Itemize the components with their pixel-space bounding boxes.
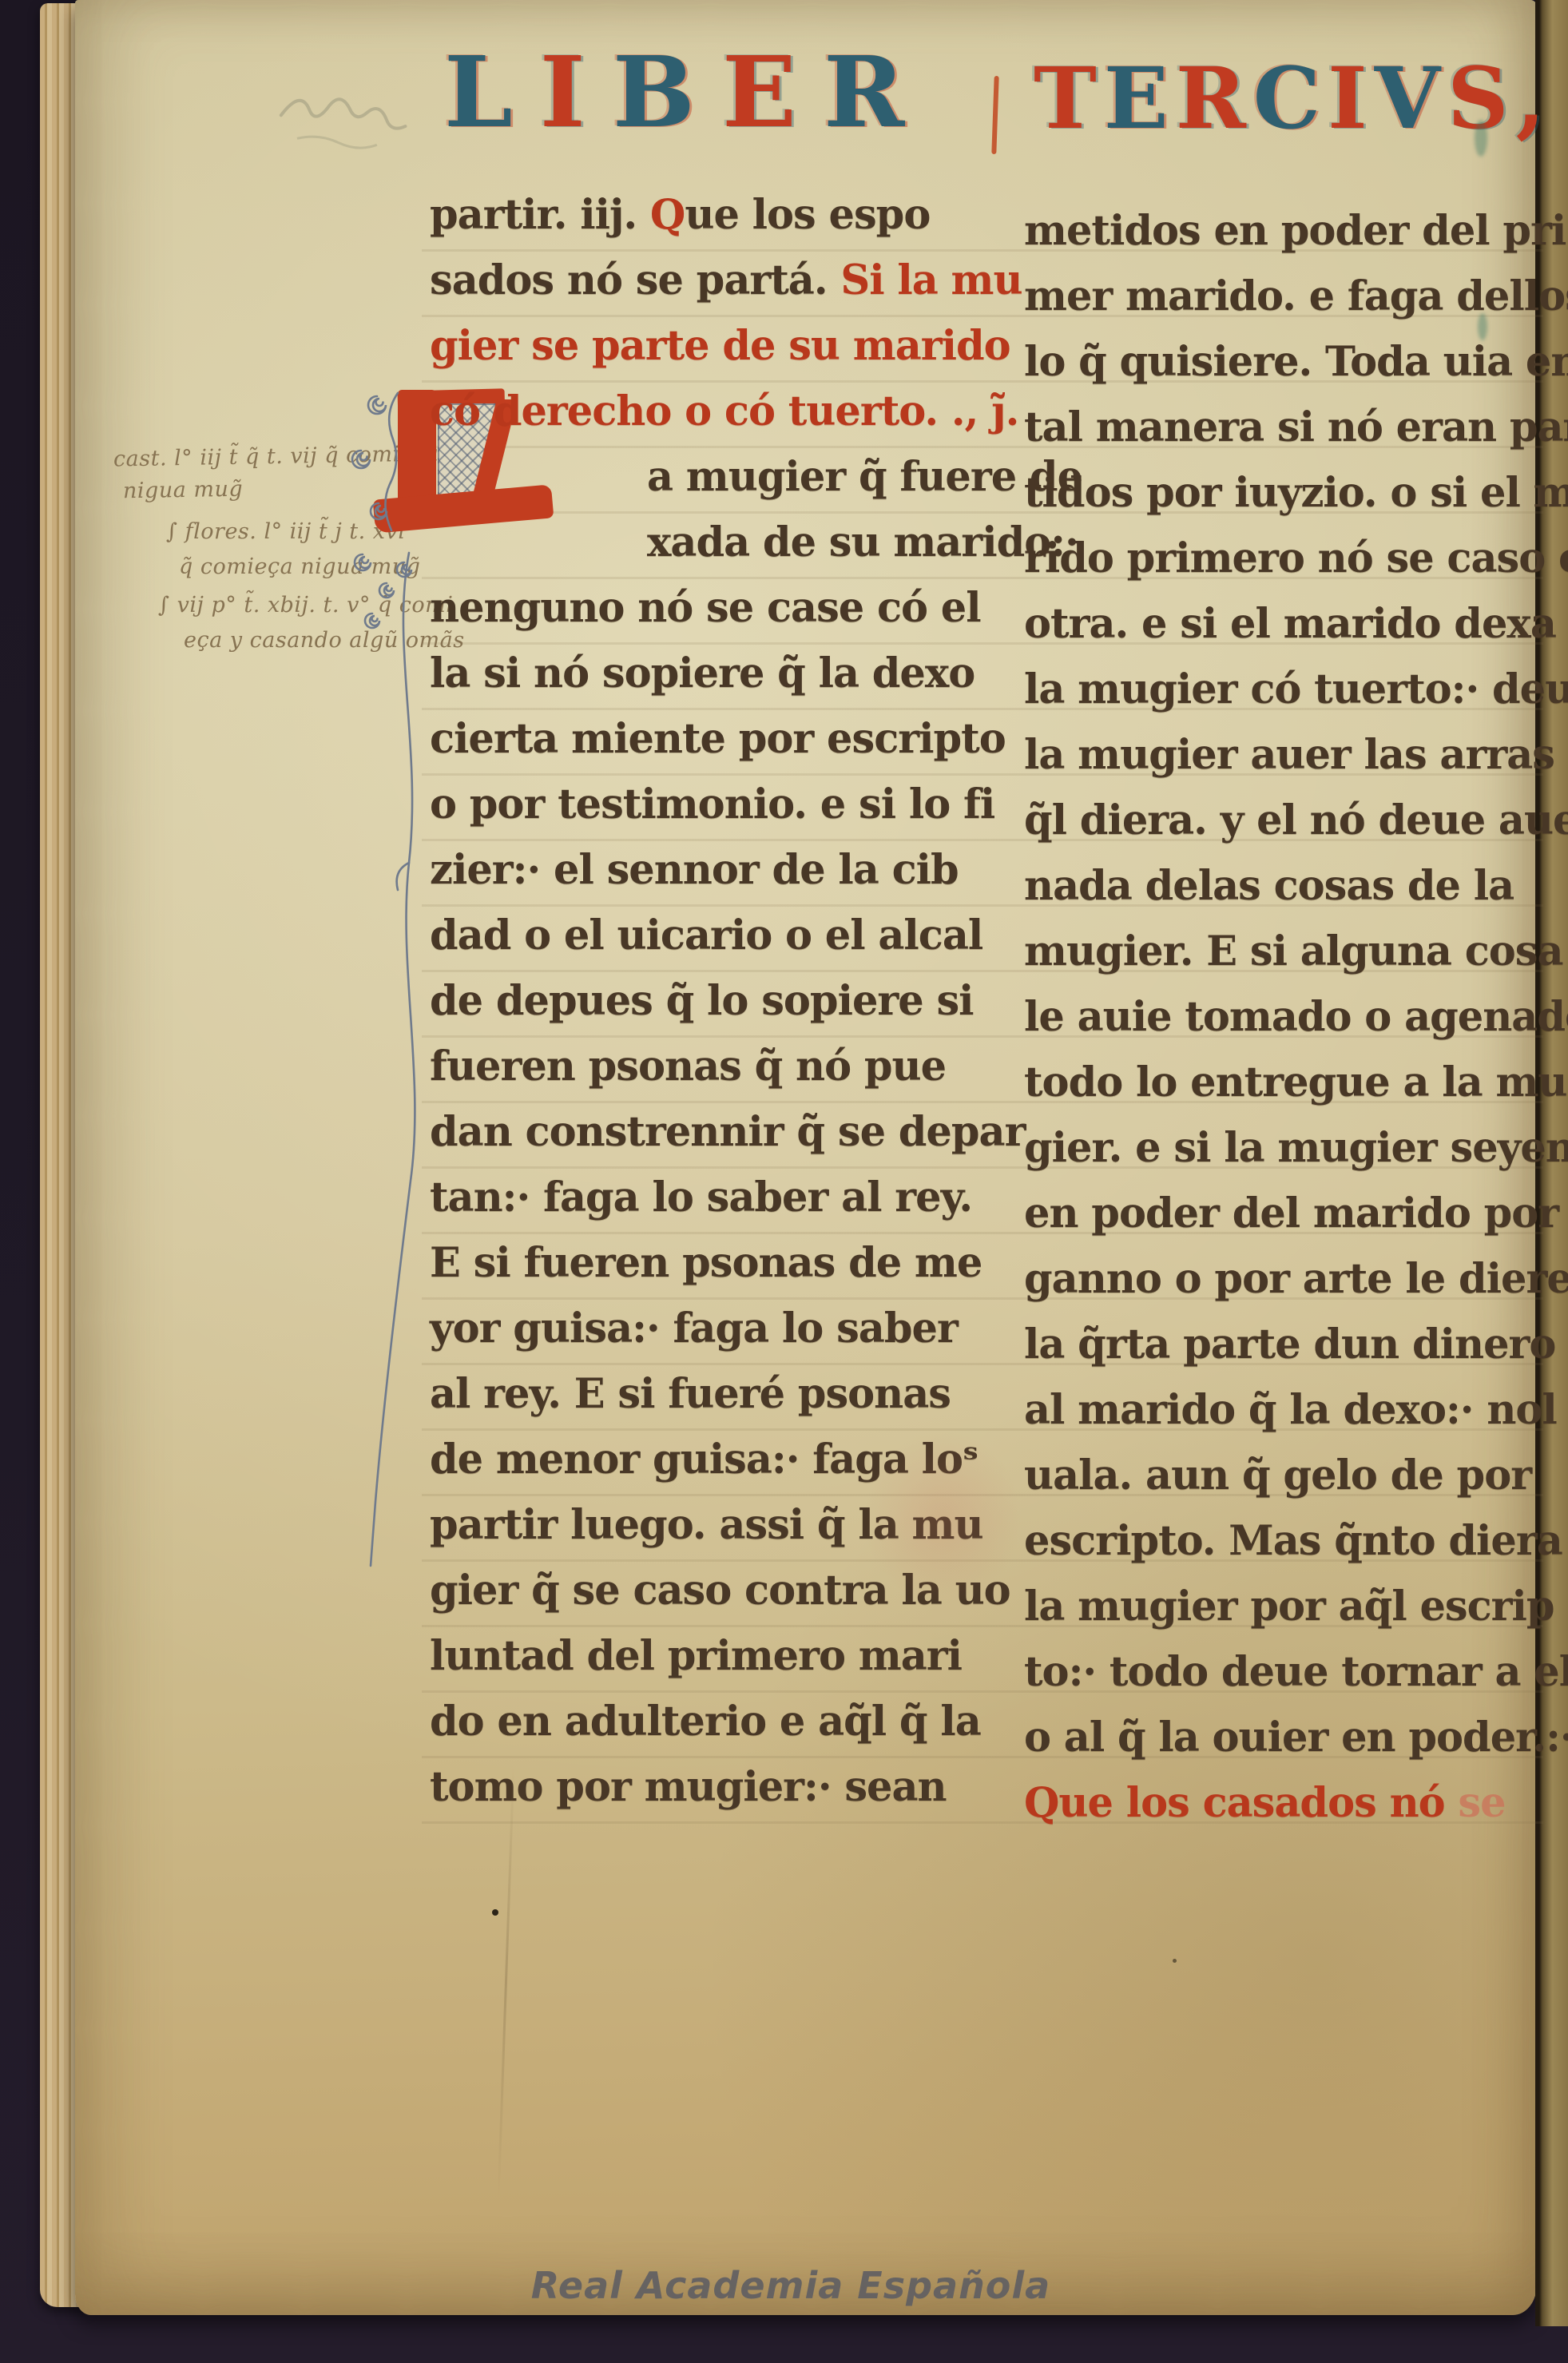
- line-segment: le auie tomado o agenado:·: [1024, 993, 1568, 1041]
- text-line: yor guisa:· faga lo saber: [430, 1296, 973, 1361]
- text-line: tan:· faga lo saber al rey.: [430, 1165, 973, 1230]
- ink-speck: [1173, 1959, 1177, 1963]
- running-title-tercius: TERCIVS,: [1034, 56, 1545, 141]
- text-line: tal manera si nó eran par: [1024, 395, 1554, 460]
- header-letter: I: [1328, 56, 1368, 141]
- right-column: metidos en poder del primer marido. e fa…: [1024, 198, 1554, 1836]
- line-segment: uala. aun q̃ gelo de por: [1024, 1452, 1531, 1499]
- text-line: cierta miente por escripto: [430, 706, 973, 772]
- line-segment: otra. e si el marido dexa: [1024, 600, 1556, 648]
- line-segment: de depues q̃ lo sopiere si: [430, 977, 974, 1025]
- text-line: có derecho o có tuerto. ., j̃.: [430, 379, 973, 444]
- line-segment: nada delas cosas de la: [1024, 862, 1514, 910]
- text-line: al marido q̃ la dexo:· nol: [1024, 1377, 1554, 1443]
- line-segment: do en adulterio e aq̃l q̃ la: [430, 1698, 981, 1745]
- text-line: la si nó sopiere q̃ la dexo: [430, 641, 973, 706]
- line-segment: la q̃rta parte dun dinero: [1024, 1320, 1555, 1368]
- line-segment: fueren psonas q̃ nó pue: [430, 1042, 946, 1090]
- line-segment: mugier. E si alguna cosa: [1024, 927, 1563, 975]
- text-line: fueren psonas q̃ nó pue: [430, 1034, 973, 1099]
- line-segment: al marido q̃ la dexo:· nol: [1024, 1386, 1557, 1434]
- text-line: todo lo entregue a la mu: [1024, 1050, 1554, 1115]
- line-segment: Q: [650, 191, 685, 239]
- text-line: la q̃rta parte dun dinero: [1024, 1312, 1554, 1377]
- text-line: Que los casados nó se: [1024, 1770, 1554, 1836]
- header-letter: R: [1176, 56, 1246, 141]
- text-line: a mugier q̃ fuere de: [430, 444, 973, 510]
- header-letter: E: [1104, 56, 1169, 141]
- header-letter: C: [1253, 56, 1320, 141]
- text-line: en poder del marido por en: [1024, 1181, 1554, 1246]
- line-segment: partir. iij.: [430, 191, 650, 239]
- line-segment: to:· todo deue tornar a ella: [1024, 1648, 1568, 1696]
- line-segment: cierta miente por escripto: [430, 715, 1006, 763]
- margin-note: nigua mug̃: [123, 477, 244, 504]
- text-line: xada de su marido:·: [430, 510, 973, 575]
- text-line: E si fueren psonas de me: [430, 1230, 973, 1296]
- text-line: metidos en poder del pri: [1024, 198, 1554, 264]
- line-segment: nenguno nó se case có el: [430, 584, 981, 632]
- line-segment: todo lo entregue a la mu: [1024, 1058, 1567, 1106]
- line-segment: lo q̃ quisiere. Toda uia en: [1024, 338, 1568, 386]
- line-segment: ue los espo: [685, 191, 930, 239]
- line-segment: tan:· faga lo saber al rey.: [430, 1174, 972, 1221]
- text-line: mer marido. e faga dellos: [1024, 264, 1554, 329]
- line-segment: xada de su marido:·: [647, 518, 1078, 566]
- line-segment: ganno o por arte le diere: [1024, 1255, 1568, 1303]
- text-line: ganno o por arte le diere: [1024, 1246, 1554, 1312]
- line-segment: a mugier q̃ fuere de: [647, 453, 1082, 501]
- text-line: do en adulterio e aq̃l q̃ la: [430, 1689, 973, 1754]
- text-line: luntad del primero mari: [430, 1623, 973, 1689]
- header-letter: R: [824, 43, 904, 141]
- line-segment: la si nó sopiere q̃ la dexo: [430, 649, 975, 697]
- header-letter: L: [444, 43, 513, 141]
- line-segment: la mugier auer las arras: [1024, 731, 1554, 779]
- ink-speck: [492, 1909, 498, 1916]
- text-line: zier:· el sennor de la cib: [430, 837, 973, 903]
- line-segment: tal manera si nó eran par: [1024, 403, 1568, 451]
- line-segment: gier. e si la mugier seyendo: [1024, 1124, 1568, 1172]
- text-line: la mugier por aq̃l escrip: [1024, 1574, 1554, 1639]
- line-segment: gier se parte de su marido: [430, 322, 1010, 370]
- text-line: escripto. Mas q̃nto diera: [1024, 1508, 1554, 1574]
- manuscript-photo: LIBER TERCIVS, cast. l° iij t̃ q̃ t. vij…: [0, 0, 1568, 2363]
- header-letter: T: [1034, 56, 1097, 141]
- line-segment: la mugier por aq̃l escrip: [1024, 1583, 1554, 1630]
- text-line: q̃l diera. y el nó deue auer: [1024, 788, 1554, 853]
- text-line: nenguno nó se case có el: [430, 575, 973, 641]
- text-line: dan constrennir q̃ se depar: [430, 1099, 973, 1165]
- text-line: la mugier có tuerto:· deue: [1024, 657, 1554, 722]
- text-line: gier. e si la mugier seyendo: [1024, 1115, 1554, 1181]
- line-segment: luntad del primero mari: [430, 1632, 962, 1680]
- text-line: o por testimonio. e si lo fi: [430, 772, 973, 837]
- header-letter: B: [613, 43, 695, 141]
- verdigris-stain: [1475, 120, 1487, 157]
- line-segment: metidos en poder del pri: [1024, 207, 1566, 255]
- text-line: dad o el uicario o el alcal: [430, 903, 973, 968]
- line-segment: yor guisa:· faga lo saber: [430, 1305, 958, 1352]
- line-segment: Si la mu: [840, 256, 1022, 304]
- text-line: mugier. E si alguna cosa: [1024, 919, 1554, 984]
- line-segment: en poder del marido por en: [1024, 1189, 1568, 1237]
- line-segment: q̃l diera. y el nó deue auer: [1024, 796, 1568, 844]
- line-segment: dan constrennir q̃ se depar: [430, 1108, 1025, 1156]
- line-segment: al rey. E si fueré psonas: [430, 1370, 951, 1418]
- line-segment: o al q̃ la ouier en poder.:·: [1024, 1714, 1568, 1761]
- text-line: otra. e si el marido dexa: [1024, 591, 1554, 657]
- text-line: nada delas cosas de la: [1024, 853, 1554, 919]
- library-watermark: Real Academia Española: [503, 2264, 1078, 2307]
- header-letter: E: [722, 43, 796, 141]
- header-letter: ,: [1516, 56, 1546, 141]
- text-line: o al q̃ la ouier en poder.:·: [1024, 1705, 1554, 1770]
- text-line: partir. iij. Que los espo: [430, 182, 973, 248]
- header-letter: I: [540, 43, 586, 141]
- line-segment: E si fueren psonas de me: [430, 1239, 982, 1287]
- text-line: to:· todo deue tornar a ella: [1024, 1639, 1554, 1705]
- text-line: le auie tomado o agenado:·: [1024, 984, 1554, 1050]
- line-segment: Que los casados nó: [1024, 1779, 1458, 1827]
- text-line: al rey. E si fueré psonas: [430, 1361, 973, 1427]
- text-line: de depues q̃ lo sopiere si: [430, 968, 973, 1034]
- header-letter: V: [1375, 56, 1440, 141]
- text-line: sados nó se partá. Si la mu: [430, 248, 973, 313]
- text-line: gier se parte de su marido: [430, 313, 973, 379]
- line-segment: sados nó se partá.: [430, 256, 840, 304]
- text-line: la mugier auer las arras: [1024, 722, 1554, 788]
- line-segment: o por testimonio. e si lo fi: [430, 780, 994, 828]
- verdigris-stain: [1478, 313, 1487, 340]
- line-segment: se: [1458, 1779, 1505, 1827]
- text-line: tidos por iuyzio. o si el ma: [1024, 460, 1554, 526]
- line-segment: dad o el uicario o el alcal: [430, 911, 982, 959]
- text-line: rido primero nó se caso có: [1024, 526, 1554, 591]
- pink-stain: [863, 1430, 1022, 1606]
- line-segment: escripto. Mas q̃nto diera: [1024, 1517, 1562, 1565]
- line-segment: tidos por iuyzio. o si el ma: [1024, 469, 1568, 517]
- line-segment: rido primero nó se caso có: [1024, 534, 1568, 582]
- line-segment: la mugier có tuerto:· deue: [1024, 665, 1568, 713]
- line-segment: có derecho o có tuerto. ., j̃.: [430, 387, 1018, 435]
- line-segment: zier:· el sennor de la cib: [430, 846, 959, 894]
- text-line: lo q̃ quisiere. Toda uia en: [1024, 329, 1554, 395]
- line-segment: mer marido. e faga dellos: [1024, 272, 1568, 320]
- text-line: uala. aun q̃ gelo de por: [1024, 1443, 1554, 1508]
- running-title-liber: LIBER: [444, 43, 904, 141]
- line-segment: tomo por mugier:· sean: [430, 1763, 947, 1811]
